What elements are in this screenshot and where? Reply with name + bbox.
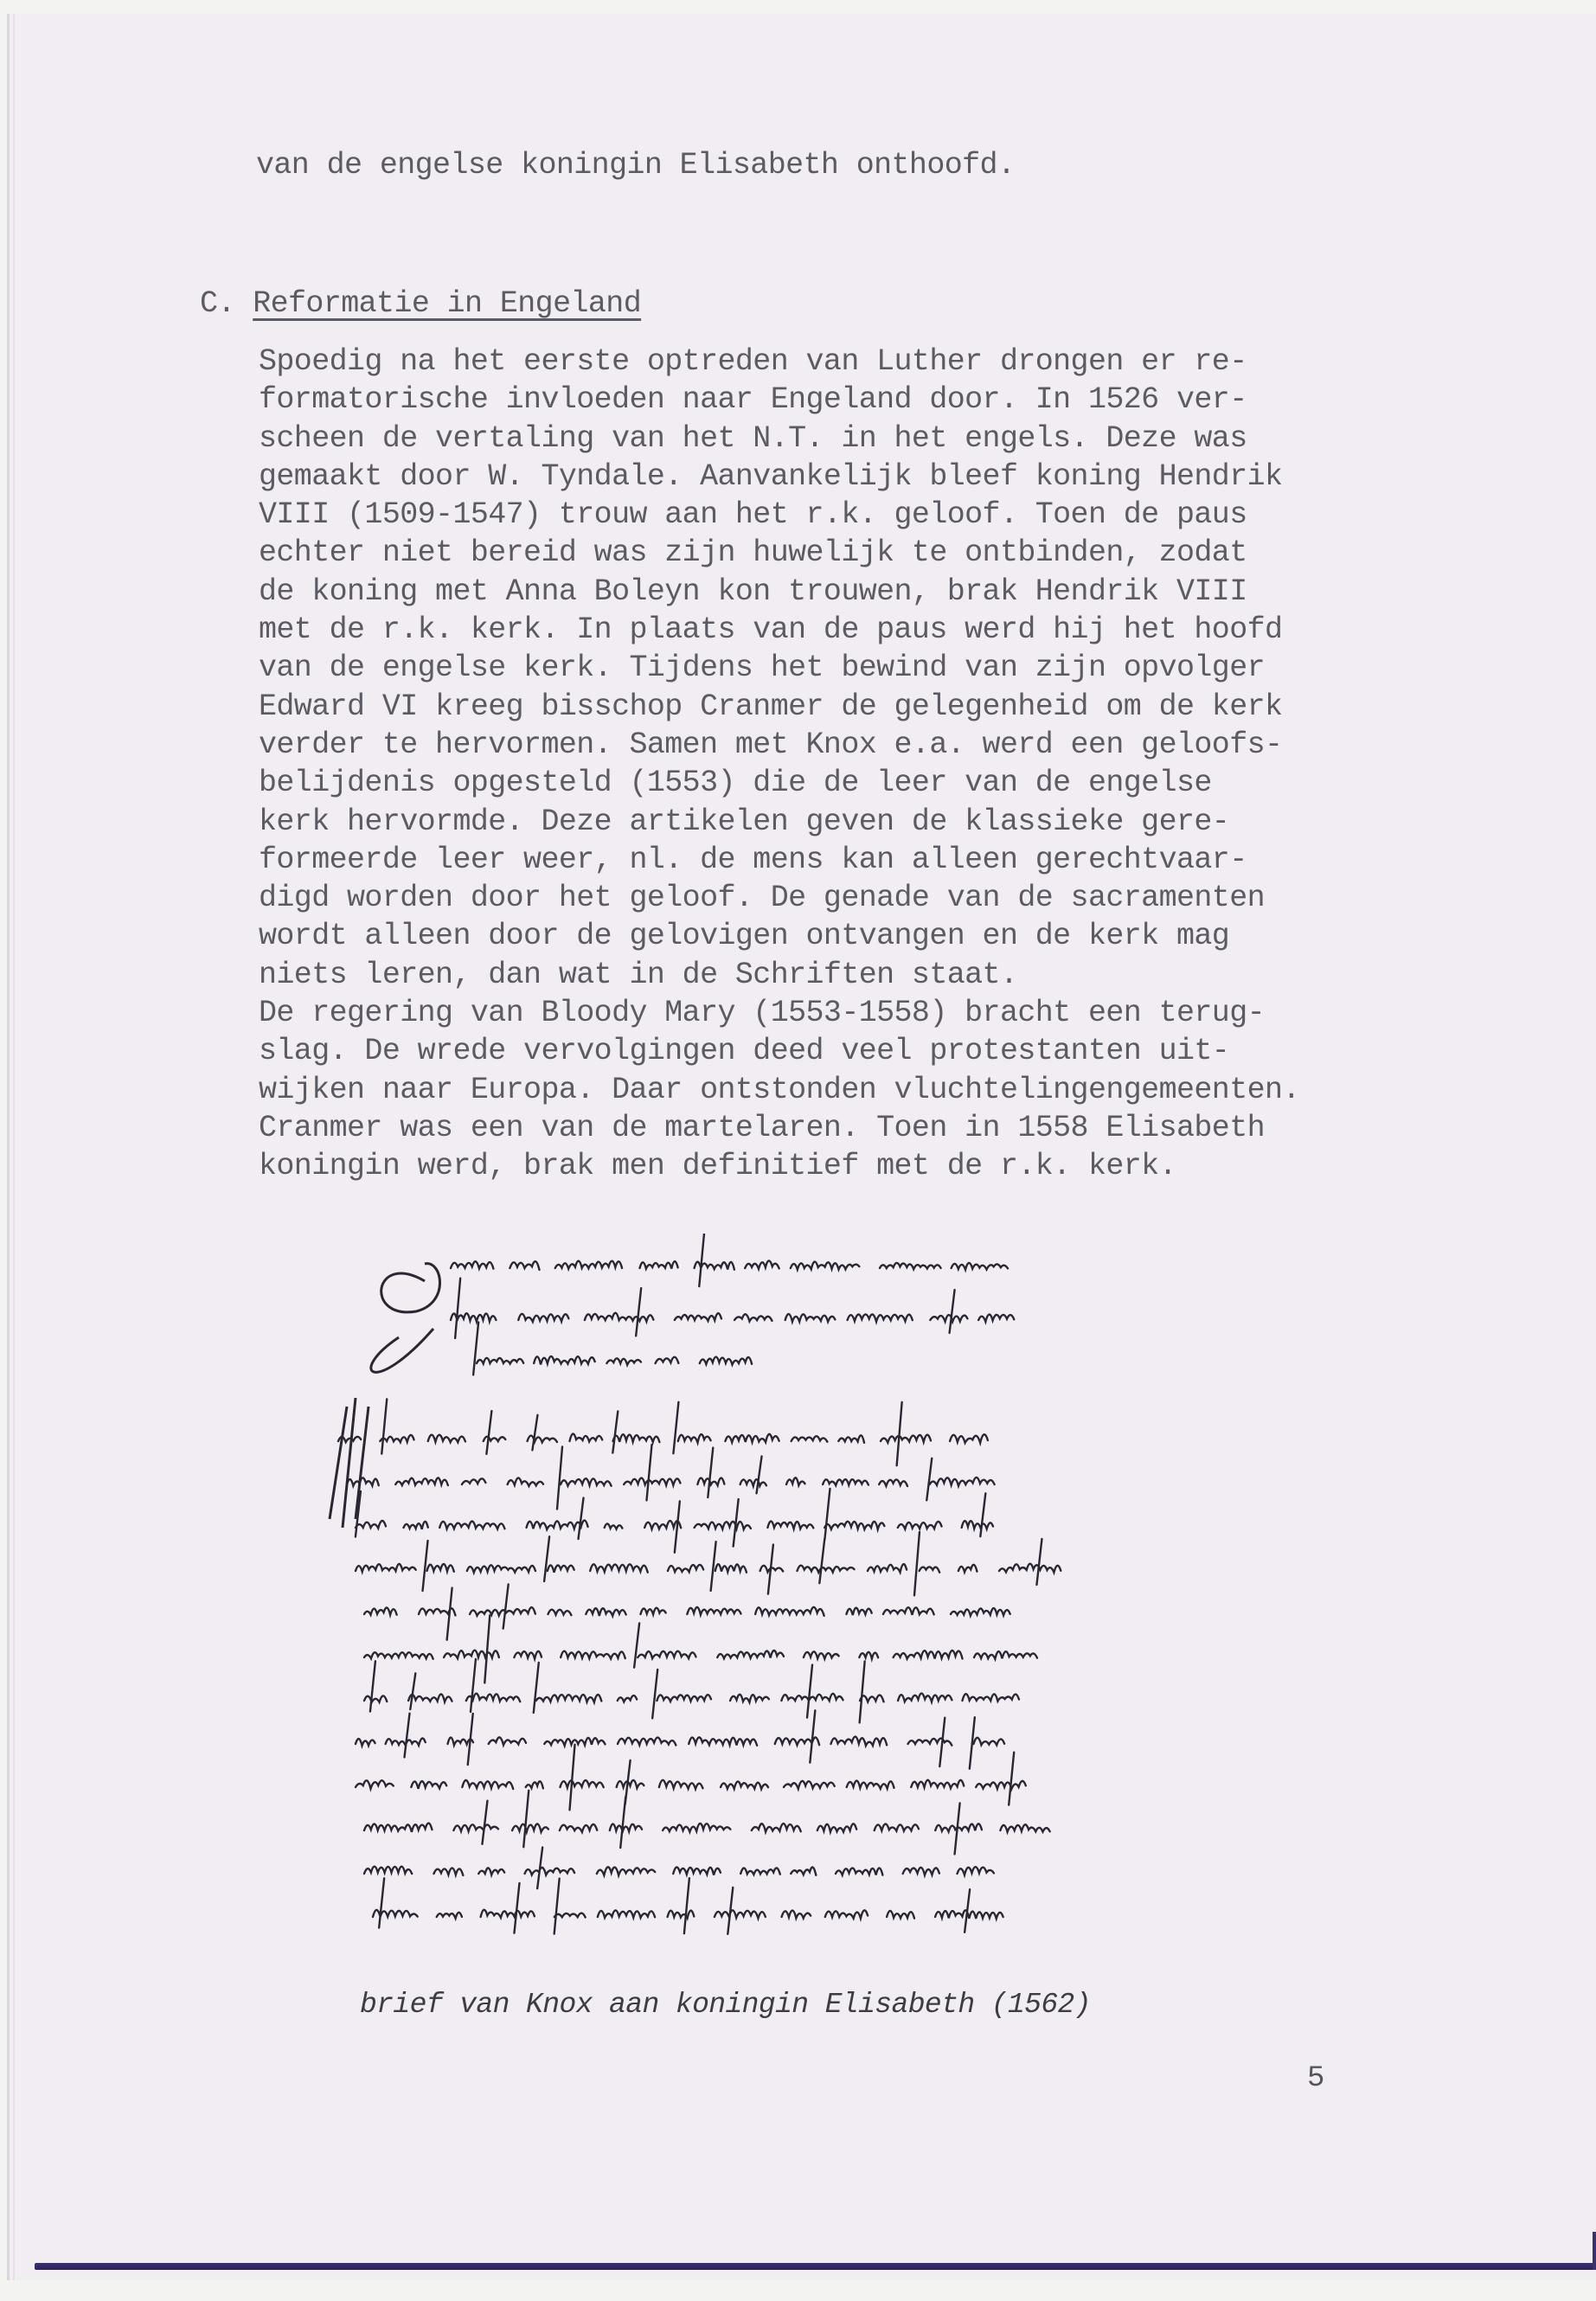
page-corner-border bbox=[1593, 2232, 1596, 2270]
body-line: de koning met Anna Boleyn kon trouwen, b… bbox=[259, 573, 1300, 611]
figure-caption: brief van Knox aan koningin Elisabeth (1… bbox=[360, 1989, 1091, 2021]
body-line: met de r.k. kerk. In plaats van de paus … bbox=[259, 611, 1300, 649]
section-heading: C. Reformatie in Engeland bbox=[200, 286, 641, 321]
section-title: Reformatie in Engeland bbox=[253, 286, 641, 321]
body-line: wijken naar Europa. Daar ontstonden vluc… bbox=[259, 1071, 1300, 1109]
body-line: van de engelse kerk. Tijdens het bewind … bbox=[259, 649, 1300, 687]
document-page: van de engelse koningin Elisabeth onthoo… bbox=[7, 14, 1596, 2280]
body-line: Spoedig na het eerste optreden van Luthe… bbox=[259, 343, 1300, 381]
continuation-line: van de engelse koningin Elisabeth onthoo… bbox=[256, 148, 1015, 183]
body-line: niets leren, dan wat in de Schriften sta… bbox=[259, 956, 1300, 994]
body-line: echter niet bereid was zijn huwelijk te … bbox=[259, 534, 1300, 572]
section-body: Spoedig na het eerste optreden van Luthe… bbox=[259, 343, 1300, 1186]
body-line: koningin werd, brak men definitief met d… bbox=[259, 1147, 1300, 1185]
page-bottom-border bbox=[35, 2263, 1596, 2270]
body-line: Cranmer was een van de martelaren. Toen … bbox=[259, 1109, 1300, 1147]
page-number: 5 bbox=[1307, 2062, 1324, 2095]
body-line: wordt alleen door de gelovigen ontvangen… bbox=[259, 917, 1300, 955]
body-line: kerk hervormde. Deze artikelen geven de … bbox=[259, 803, 1300, 841]
body-line: belijdenis opgesteld (1553) die de leer … bbox=[259, 764, 1300, 802]
handwritten-letter-image bbox=[321, 1234, 1117, 1943]
section-letter: C. bbox=[200, 286, 235, 321]
body-line: gemaakt door W. Tyndale. Aanvankelijk bl… bbox=[259, 458, 1300, 496]
body-line: digd worden door het geloof. De genade v… bbox=[259, 879, 1300, 917]
body-line: formatorische invloeden naar Engeland do… bbox=[259, 381, 1300, 419]
body-line: formeerde leer weer, nl. de mens kan all… bbox=[259, 841, 1300, 879]
body-line: verder te hervormen. Samen met Knox e.a.… bbox=[259, 726, 1300, 764]
body-line: scheen de vertaling van het N.T. in het … bbox=[259, 420, 1300, 458]
handwriting-illustration bbox=[321, 1234, 1117, 1943]
body-line: Edward VI kreeg bisschop Cranmer de gele… bbox=[259, 688, 1300, 726]
body-line: slag. De wrede vervolgingen deed veel pr… bbox=[259, 1032, 1300, 1070]
body-line: De regering van Bloody Mary (1553-1558) … bbox=[259, 994, 1300, 1032]
body-line: VIII (1509-1547) trouw aan het r.k. gelo… bbox=[259, 496, 1300, 534]
